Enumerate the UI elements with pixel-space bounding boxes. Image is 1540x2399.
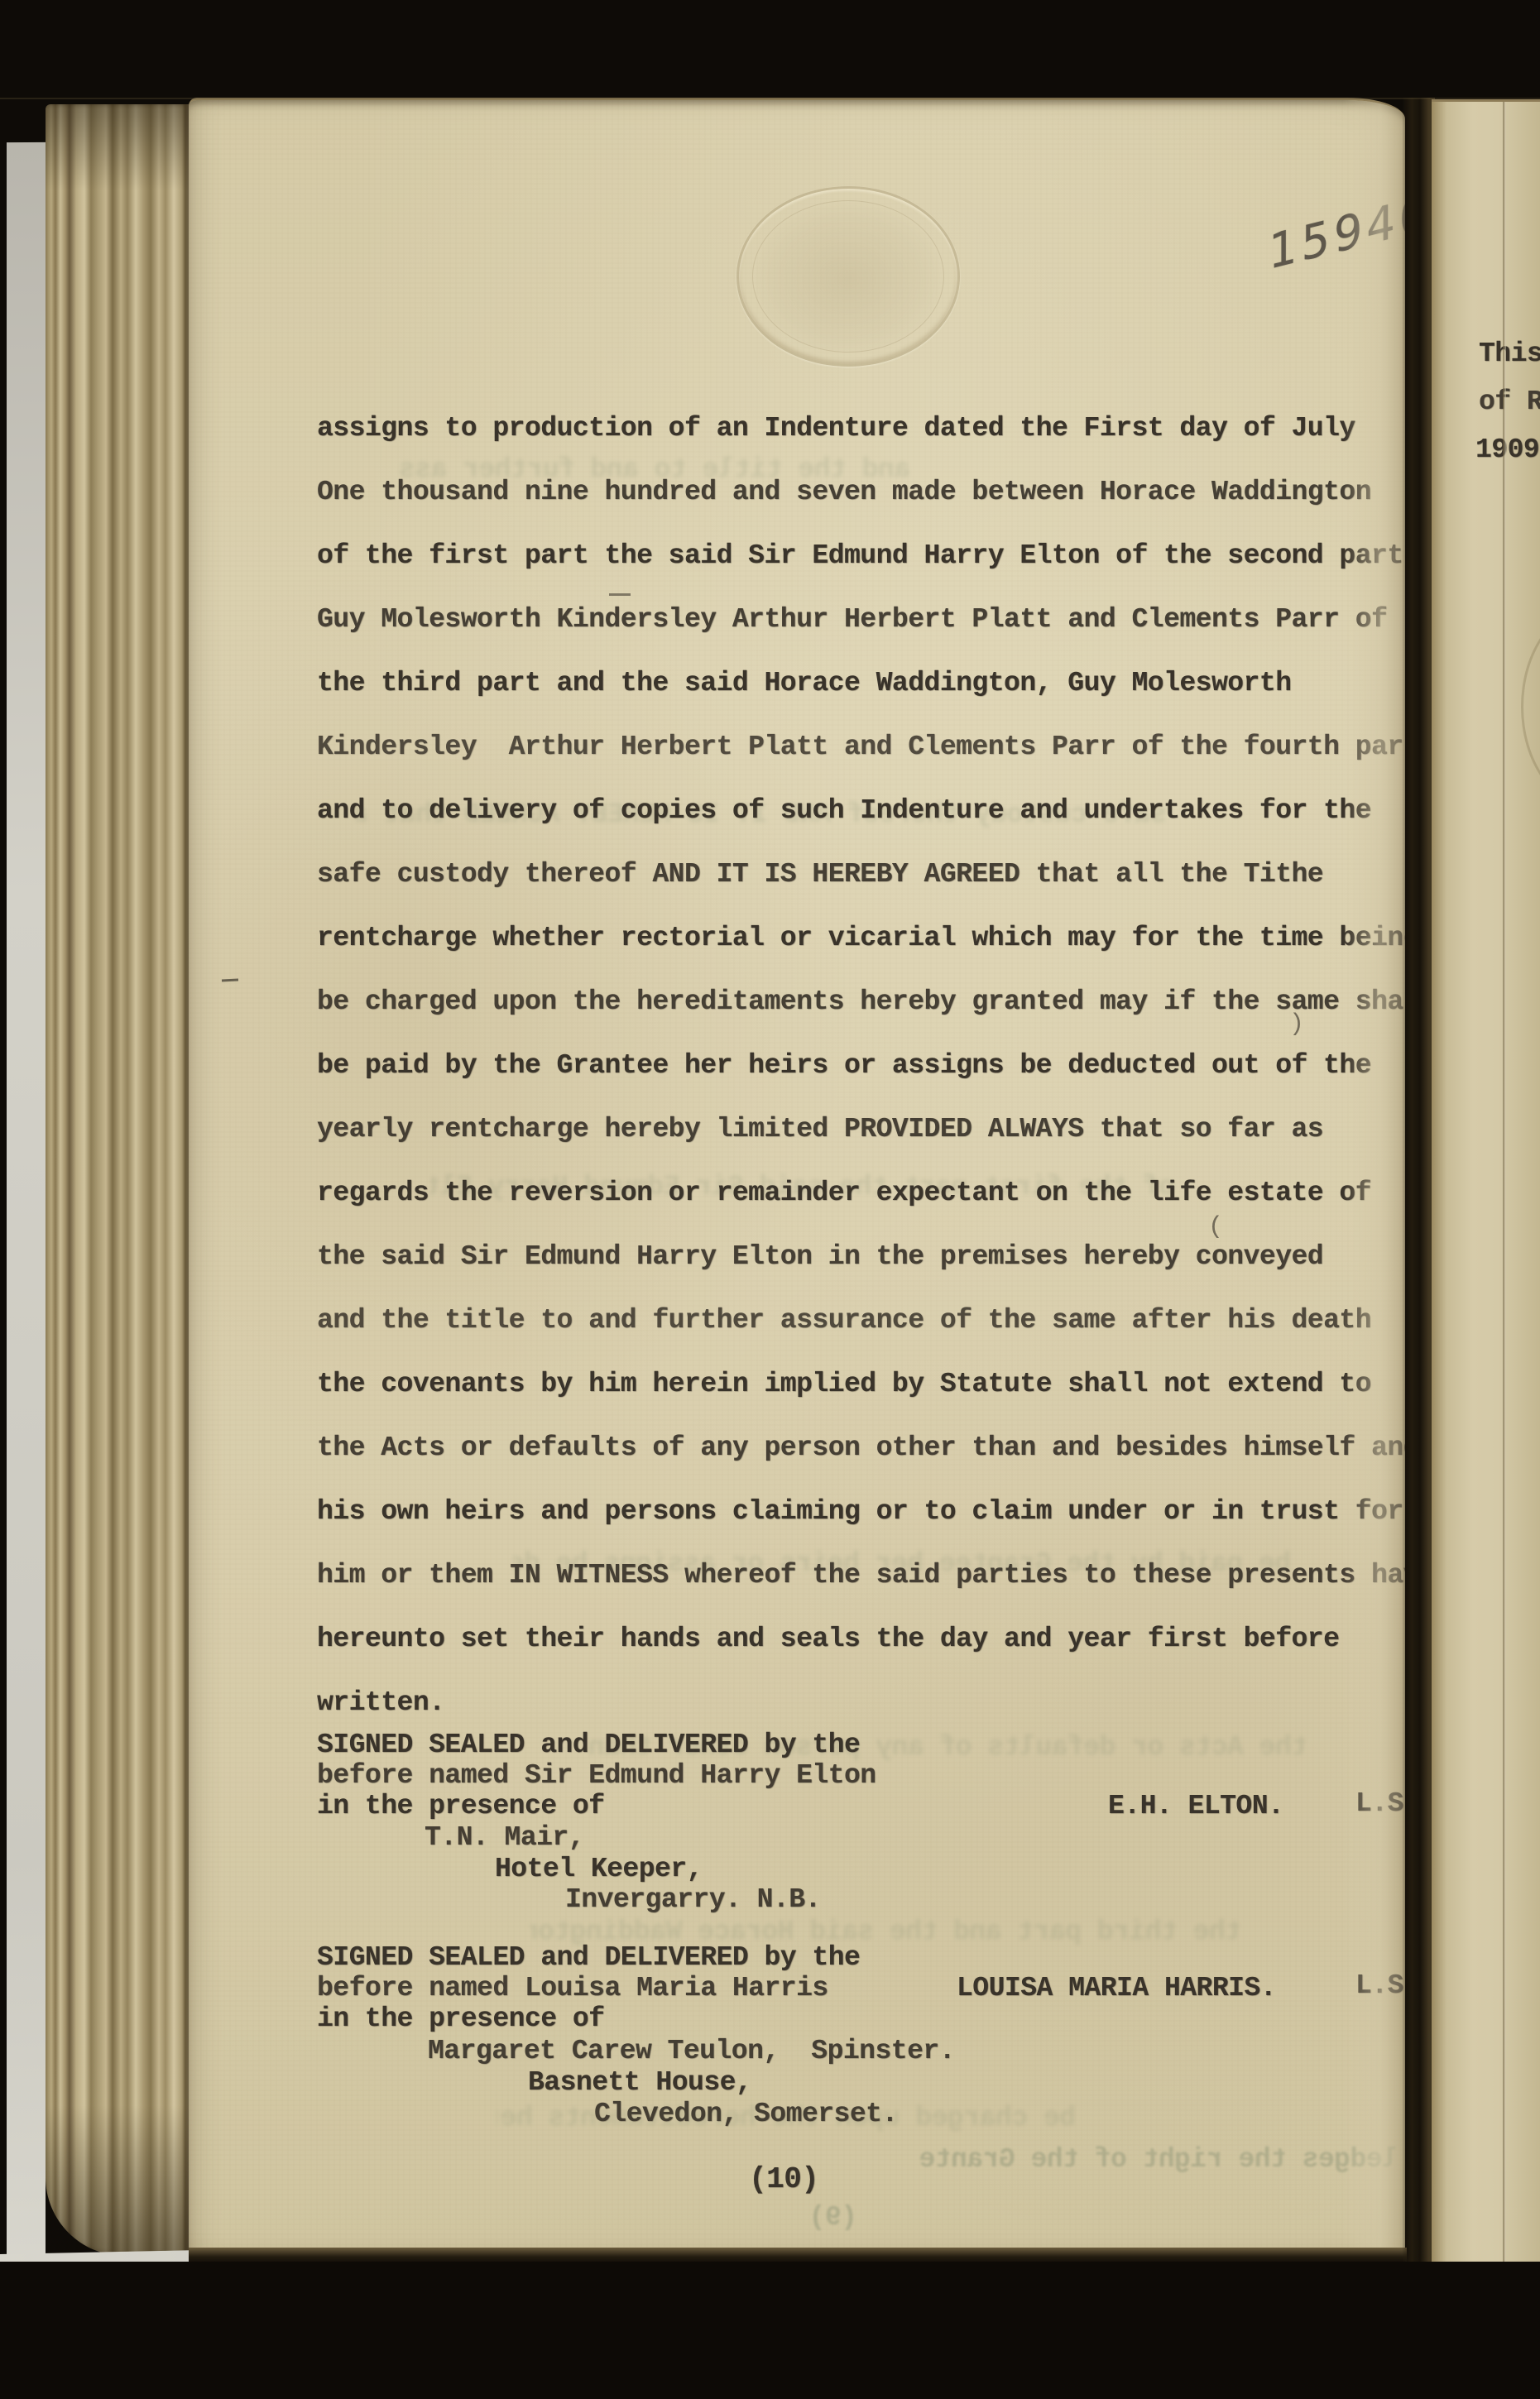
book-gutter-shadow (1402, 91, 1435, 2267)
next-page-edge: This of R 1909 (1432, 99, 1540, 2283)
document-line: assigns to production of an Indenture da… (317, 413, 1355, 444)
typed-overline-mark (609, 593, 631, 596)
next-page-text-fragment: This (1479, 338, 1540, 369)
pencil-dash-mark (222, 978, 238, 981)
attestation-line: SIGNED SEALED and DELIVERED by the (317, 1730, 860, 1760)
document-line: One thousand nine hundred and seven made… (317, 477, 1371, 507)
document-line: the third part and the said Horace Waddi… (317, 668, 1292, 698)
document-line: Kindersley Arthur Herbert Platt and Clem… (317, 732, 1405, 762)
witness-line: Hotel Keeper, (495, 1854, 703, 1884)
witness-line: T.N. Mair, (425, 1822, 584, 1853)
witness-line: Basnett House, (528, 2067, 751, 2098)
page-number: (10) (749, 2162, 818, 2196)
document-line: and the title to and further assurance o… (317, 1305, 1371, 1336)
background-bottom (0, 2262, 1540, 2399)
document-line: safe custody thereof AND IT IS HEREBY AG… (317, 859, 1323, 890)
document-line: regards the reversion or remainder expec… (317, 1178, 1371, 1208)
document-line: his own heirs and persons claiming or to… (317, 1496, 1403, 1527)
document-line: be paid by the Grantee her heirs or assi… (317, 1050, 1371, 1081)
bleedthrough-ghost-fragment: ledges the right of the Grante (563, 2144, 1398, 2179)
document-line: yearly rentcharge hereby limited PROVIDE… (317, 1114, 1323, 1144)
document-line: the covenants by him herein implied by S… (317, 1369, 1371, 1399)
next-page-text-fragment: of R (1479, 386, 1540, 417)
background-top (0, 0, 1540, 98)
book-left-edge-sliver (7, 142, 46, 2287)
attestation-line: in the presence of (317, 1791, 604, 1821)
document-line: hereunto set their hands and seals the d… (317, 1624, 1339, 1654)
witness-line: Clevedon, Somerset. (594, 2099, 898, 2129)
document-page: 15940 and the title to and further assur… (189, 98, 1405, 2255)
next-page-embossed-seal-arc (1521, 605, 1540, 808)
typed-signature: E.H. ELTON. (1108, 1791, 1283, 1821)
witness-line: Invergarry. N.B. (565, 1884, 821, 1915)
attestation-line: before named Sir Edmund Harry Elton (317, 1760, 876, 1791)
document-line: him or them IN WITNESS whereof the said … (317, 1560, 1405, 1591)
document-line: and to delivery of copies of such Indent… (317, 795, 1371, 826)
witness-line: Margaret Carew Teulon, Spinster. (428, 2036, 955, 2066)
document-line: rentcharge whether rectorial or vicarial… (317, 923, 1405, 953)
pen-paren-mark: ) (1289, 1010, 1304, 1039)
document-line: the Acts or defaults of any person other… (317, 1432, 1405, 1463)
embossed-seal-crest (752, 200, 944, 353)
pen-paren-mark: ( (1208, 1213, 1223, 1241)
book-page-stack-edge (46, 104, 189, 2256)
typed-signature: LOUISA MARIA HARRIS. (957, 1973, 1276, 2003)
page-curl-fade (1343, 100, 1405, 2255)
attestation-line: SIGNED SEALED and DELIVERED by the (317, 1942, 860, 1973)
royal-arms-embossed-seal (736, 186, 960, 367)
next-page-text-fragment: 1909 (1475, 434, 1539, 465)
document-line: the said Sir Edmund Harry Elton in the p… (317, 1241, 1323, 1272)
document-line: written. (317, 1687, 444, 1718)
attestation-line: before named Louisa Maria Harris (317, 1973, 828, 2003)
attestation-line: in the presence of (317, 2003, 604, 2034)
document-line: be charged upon the hereditaments hereby… (317, 986, 1405, 1017)
document-line: Guy Molesworth Kindersley Arthur Herbert… (317, 604, 1387, 635)
next-page-crease (1503, 102, 1506, 2277)
document-line: of the first part the said Sir Edmund Ha… (317, 540, 1403, 571)
ghost-page-number: (9) (758, 2202, 857, 2237)
scanned-deed-page: 15940 and the title to and further assur… (0, 0, 1540, 2399)
